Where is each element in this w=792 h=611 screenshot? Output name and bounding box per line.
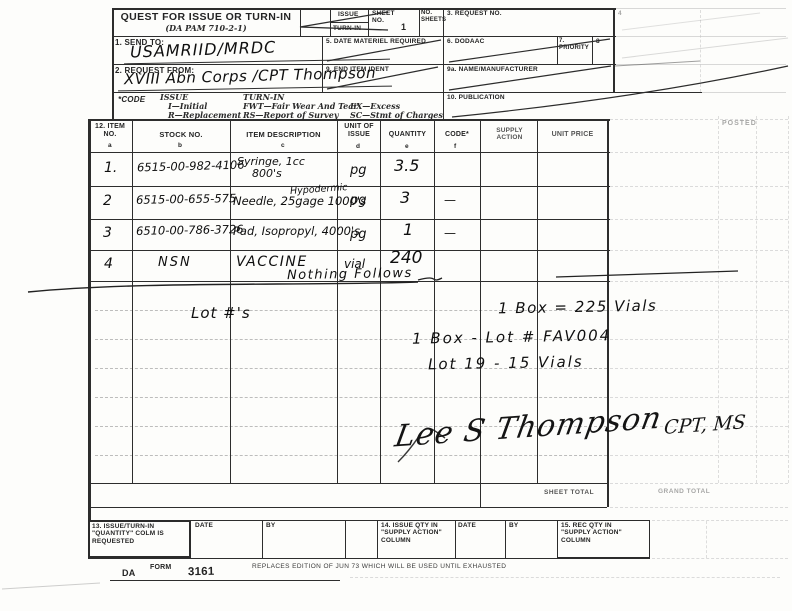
signature-rank: CPT, MS <box>663 411 746 439</box>
grid-line <box>610 483 788 484</box>
row-unit: pg <box>350 164 367 177</box>
row-item-no: 2 <box>103 194 112 208</box>
grid-line <box>557 36 558 64</box>
grid-line <box>419 8 420 36</box>
da-label: DA <box>122 568 135 578</box>
col-letter-b: b <box>178 142 182 149</box>
grid-line <box>112 8 616 10</box>
row-description-2: 800's <box>252 168 282 179</box>
row-stock-no: 6515-00-982-4106 <box>137 160 245 174</box>
legend-turnin-rs: RS—Report of Survey <box>243 110 339 120</box>
grid-line <box>610 152 788 153</box>
grid-line <box>330 22 368 23</box>
scan-artifact-line <box>2 583 100 589</box>
grid-line <box>610 368 788 369</box>
grid-line <box>88 119 91 520</box>
grid-line <box>756 116 757 483</box>
grid-line <box>350 577 780 578</box>
publication-label: 10. PUBLICATION <box>447 94 505 101</box>
date-materiel-label: 5. DATE MATERIEL REQUIRED <box>326 38 440 45</box>
grid-line <box>455 520 456 558</box>
grid-line <box>610 219 788 220</box>
grid-line <box>95 455 607 456</box>
grid-line <box>706 521 707 558</box>
box13-label: 13. ISSUE/TURN-IN "QUANTITY" COLM IS REQ… <box>92 523 188 545</box>
box13-by-label: BY <box>266 522 275 529</box>
grid-line <box>88 152 610 153</box>
nothing-follows-note: Nothing Follows <box>287 267 413 282</box>
grid-line <box>610 397 788 398</box>
grid-line <box>616 36 786 37</box>
grid-line <box>88 186 610 187</box>
row-qty: 3.5 <box>394 158 419 174</box>
col-posted: POSTED <box>722 120 757 128</box>
closure-line <box>556 271 738 277</box>
row-stock-no: NSN <box>158 256 192 269</box>
grid-line <box>610 186 788 187</box>
sheet-no-label: SHEET NO. <box>372 10 404 25</box>
row-stock-no: 6510-00-786-3726 <box>136 224 244 237</box>
grid-line <box>616 64 786 65</box>
form-title: QUEST FOR ISSUE OR TURN-IN <box>114 11 298 23</box>
box14-date-label: DATE <box>458 522 476 529</box>
box4-label: 4 <box>618 10 622 17</box>
col-letter-f: f <box>454 143 456 150</box>
row-stock-no: 6515-00-655-575 <box>136 193 236 206</box>
no-sheets-label: NO. SHEETS <box>421 10 443 24</box>
grid-line <box>112 36 616 37</box>
grid-line <box>610 250 788 251</box>
grid-line <box>262 520 263 558</box>
grid-line <box>88 250 610 251</box>
sheet-total-label: SHEET TOTAL <box>544 489 594 496</box>
grid-line <box>330 8 331 36</box>
box15-label: 15. REC QTY IN "SUPPLY ACTION" COLUMN <box>561 522 631 544</box>
row-unit: pg <box>350 228 367 241</box>
grid-line <box>592 36 593 64</box>
col-stock-no: STOCK NO. <box>134 131 228 140</box>
code-dash-mark: — <box>444 194 456 206</box>
row-description: Pad, Isopropyl, 4000's <box>233 226 360 238</box>
box-lot-number-note: 1 Box - Lot # FAV004 <box>412 328 612 346</box>
grid-line <box>505 520 506 558</box>
footer-note: REPLACES EDITION OF JUN 73 WHICH WILL BE… <box>252 563 506 570</box>
col-letter-c: c <box>281 142 285 149</box>
box14-label: 14. ISSUE QTY IN "SUPPLY ACTION" COLUMN <box>381 522 453 544</box>
grid-line <box>610 507 788 508</box>
grid-line <box>112 8 114 120</box>
col-quantity: QUANTITY <box>382 131 433 139</box>
grid-line <box>230 120 231 483</box>
grid-line <box>95 397 607 398</box>
row-qty: 1 <box>403 222 413 238</box>
grid-line <box>700 10 701 92</box>
form-subtitle: (DA PAM 710-2-1) <box>140 23 272 33</box>
grid-line <box>610 455 788 456</box>
grid-line <box>337 120 338 483</box>
form-number: 3161 <box>188 566 215 580</box>
col-unit-of-issue: UNIT OF ISSUE <box>339 123 379 139</box>
grid-line <box>610 119 788 120</box>
row-qty: 240 <box>390 250 422 267</box>
grand-total-label: GRAND TOTAL <box>658 488 710 495</box>
col-item-no: 12. ITEM NO. <box>90 123 130 139</box>
dodaac-label: 6. DODAAC <box>447 38 485 45</box>
slash-mark <box>622 38 788 58</box>
slash-mark <box>622 13 760 30</box>
col-letter-e: e <box>405 143 409 150</box>
grid-line <box>610 281 788 282</box>
code-legend-label: *CODE <box>118 95 145 104</box>
grid-line <box>88 119 610 121</box>
grid-line <box>88 483 607 484</box>
row-item-no: 4 <box>104 257 113 271</box>
col-supply-action: SUPPLY ACTION <box>483 127 536 142</box>
turnin-checkbox-label: TURN-IN <box>333 25 361 32</box>
row-qty: 3 <box>400 190 410 206</box>
col-description: ITEM DESCRIPTION <box>232 131 335 140</box>
grid-line <box>345 520 346 558</box>
row-description: Needle, 25gage 1000's <box>233 196 366 208</box>
grid-line <box>132 120 133 483</box>
col-code: CODE* <box>436 131 478 139</box>
grid-line <box>112 92 702 93</box>
closure-line <box>28 282 418 292</box>
row-item-no: 1. <box>104 161 117 175</box>
grid-line <box>377 520 378 558</box>
box8-label: 8 <box>596 38 600 45</box>
issue-checkbox-label: ISSUE <box>338 11 359 18</box>
end-item-label: 9. END ITEM IDENT <box>326 66 389 73</box>
grid-line <box>652 558 788 559</box>
send-to-value: USAMRIID/MRDC <box>130 39 277 60</box>
grid-line <box>616 8 786 9</box>
grid-line <box>610 339 788 340</box>
grid-line <box>652 520 788 521</box>
request-no-label: 3. REQUEST NO. <box>447 10 502 17</box>
lot-numbers-label: Lot #'s <box>191 306 251 321</box>
grid-line <box>88 219 610 220</box>
row-item-no: 3 <box>103 226 112 240</box>
col-letter-a: a <box>108 142 112 149</box>
lot19-vials-note: Lot 19 - 15 Vials <box>428 355 584 373</box>
grid-line <box>702 92 786 93</box>
row-description: VACCINE <box>236 255 308 269</box>
row-description: Syringe, 1cc <box>237 156 305 167</box>
sheet-no-value: 1 <box>401 22 406 32</box>
grid-line <box>480 120 481 507</box>
grid-line <box>443 8 444 120</box>
box13-date-label: DATE <box>195 522 213 529</box>
vials-per-box-note: 1 Box = 225 Vials <box>498 299 658 317</box>
scanned-form-page: QUEST FOR ISSUE OR TURN-IN (DA PAM 710-2… <box>0 0 792 611</box>
grid-line <box>368 8 369 36</box>
box14-by-label: BY <box>509 522 518 529</box>
manufacturer-label: 9a. NAME/MANUFACTURER <box>447 66 538 73</box>
col-letter-d: d <box>356 143 360 150</box>
grid-line <box>88 507 607 508</box>
legend-issue-replacement: R—Replacement <box>168 110 241 120</box>
grid-line <box>380 120 381 483</box>
row-unit: pg <box>350 194 367 207</box>
code-dash-mark: — <box>444 227 456 239</box>
grid-line <box>613 8 615 92</box>
grid-line <box>110 580 340 581</box>
priority-label: 7. PRIORITY <box>559 38 589 52</box>
grid-line <box>88 558 650 559</box>
form-word-label: FORM <box>150 564 171 572</box>
grid-line <box>788 116 789 483</box>
grid-line <box>300 8 301 36</box>
col-unit-price: UNIT PRICE <box>540 131 605 139</box>
closure-line <box>418 278 442 280</box>
legend-stmt-charges: SC—Stmt of Charges <box>350 110 443 120</box>
grid-line <box>322 36 323 92</box>
